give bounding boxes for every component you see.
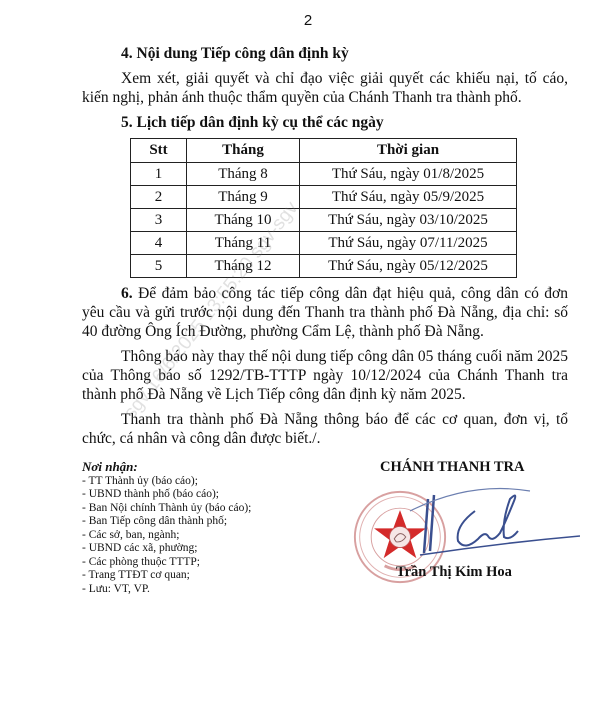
cell-month: Tháng 8 — [187, 163, 300, 186]
table-row: 4 Tháng 11 Thứ Sáu, ngày 07/11/2025 — [131, 232, 517, 255]
recipient-item: - UBND thành phố (báo cáo); — [82, 488, 332, 502]
header-month: Tháng — [187, 139, 300, 163]
cell-stt: 3 — [131, 209, 187, 232]
recipient-item: - Ban Tiếp công dân thành phố; — [82, 515, 332, 529]
cell-stt: 5 — [131, 255, 187, 278]
section-4-heading: 4. Nội dung Tiếp công dân định kỳ — [82, 44, 568, 63]
cell-stt: 1 — [131, 163, 187, 186]
table-row: 3 Tháng 10 Thứ Sáu, ngày 03/10/2025 — [131, 209, 517, 232]
section-4-body: Xem xét, giải quyết và chỉ đạo việc giải… — [82, 69, 568, 107]
header-stt: Stt — [131, 139, 187, 163]
recipient-item: - UBND các xã, phường; — [82, 542, 332, 556]
signer-name: Trần Thị Kim Hoa — [396, 564, 512, 581]
cell-time: Thứ Sáu, ngày 05/12/2025 — [300, 255, 517, 278]
schedule-table: Stt Tháng Thời gian 1 Tháng 8 Thứ Sáu, n… — [130, 138, 517, 278]
cell-month: Tháng 11 — [187, 232, 300, 255]
recipient-item: - Trang TTĐT cơ quan; — [82, 569, 332, 583]
cell-stt: 4 — [131, 232, 187, 255]
section-5-heading: 5. Lịch tiếp dân định kỳ cụ thể các ngày — [82, 113, 568, 132]
replacement-notice: Thông báo này thay thế nội dung tiếp côn… — [82, 347, 568, 404]
section-6-body: 6. Để đảm bảo công tác tiếp công dân đạt… — [82, 284, 568, 341]
cell-time: Thứ Sáu, ngày 03/10/2025 — [300, 209, 517, 232]
table-row: 5 Tháng 12 Thứ Sáu, ngày 05/12/2025 — [131, 255, 517, 278]
recipient-item: - TT Thành ủy (báo cáo); — [82, 475, 332, 489]
recipients-block: Nơi nhận: - TT Thành ủy (báo cáo); - UBN… — [82, 460, 332, 596]
section-6-label: 6. — [121, 285, 133, 302]
header-time: Thời gian — [300, 139, 517, 163]
recipient-item: - Ban Nội chính Thành ủy (báo cáo); — [82, 502, 332, 516]
cell-stt: 2 — [131, 186, 187, 209]
table-row: 2 Tháng 9 Thứ Sáu, ngày 05/9/2025 — [131, 186, 517, 209]
cell-month: Tháng 9 — [187, 186, 300, 209]
table-header-row: Stt Tháng Thời gian — [131, 139, 517, 163]
recipients-title: Nơi nhận: — [82, 460, 332, 474]
table-row: 1 Tháng 8 Thứ Sáu, ngày 01/8/2025 — [131, 163, 517, 186]
recipient-item: - Các phòng thuộc TTTP; — [82, 556, 332, 570]
cell-time: Thứ Sáu, ngày 05/9/2025 — [300, 186, 517, 209]
cell-month: Tháng 10 — [187, 209, 300, 232]
cell-time: Thứ Sáu, ngày 07/11/2025 — [300, 232, 517, 255]
page-number: 2 — [0, 12, 616, 29]
recipient-item: - Các sở, ban, ngành; — [82, 529, 332, 543]
cell-month: Tháng 12 — [187, 255, 300, 278]
closing-statement: Thanh tra thành phố Đà Nẵng thông báo để… — [82, 410, 568, 448]
cell-time: Thứ Sáu, ngày 01/8/2025 — [300, 163, 517, 186]
recipient-item: - Lưu: VT, VP. — [82, 583, 332, 597]
document-body: 4. Nội dung Tiếp công dân định kỳ Xem xé… — [82, 44, 568, 454]
handwritten-signature-icon — [380, 481, 580, 561]
section-6-text: Để đảm bảo công tác tiếp công dân đạt hi… — [82, 285, 568, 340]
signer-title: CHÁNH THANH TRA — [380, 459, 524, 476]
